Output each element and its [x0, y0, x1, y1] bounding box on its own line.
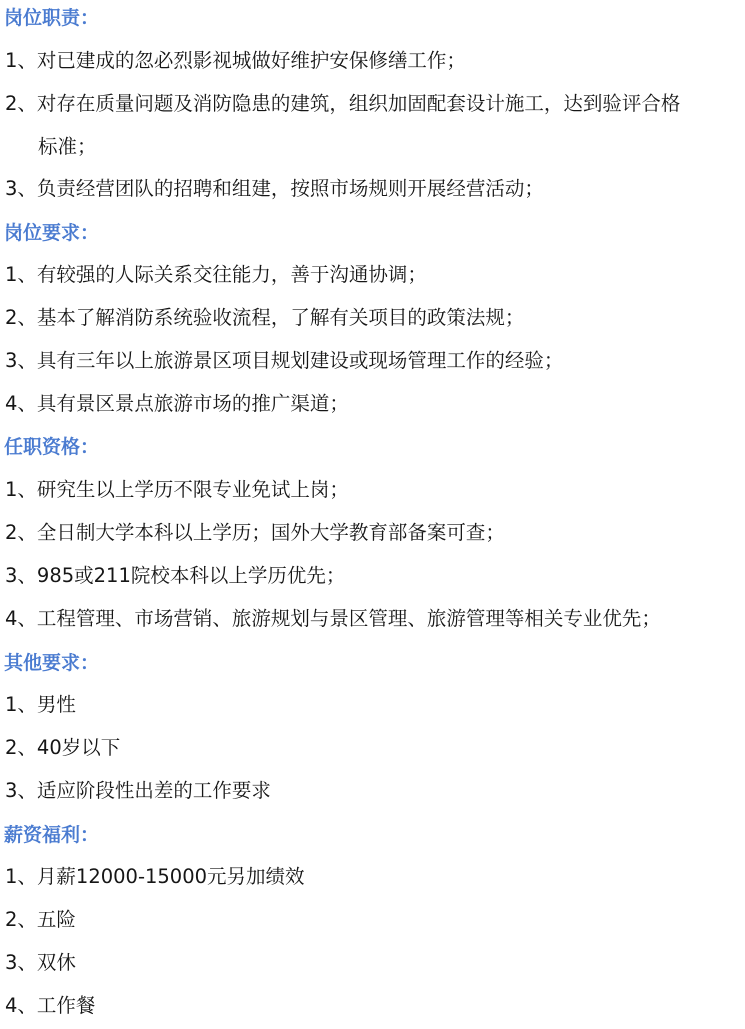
other-item-2: 2、40岁以下 [5, 736, 120, 760]
section-heading-qualifications: 任职资格： [4, 435, 99, 459]
duty-item-1: 1、对已建成的忽必烈影视城做好维护安保修缮工作； [5, 49, 466, 73]
qualification-item-3: 3、985或211院校本科以上学历优先； [5, 564, 345, 588]
benefit-item-1: 1、月薪12000-15000元另加绩效 [5, 865, 305, 889]
qualification-item-1: 1、研究生以上学历不限专业免试上岗； [5, 478, 349, 502]
benefit-item-3: 3、双休 [5, 951, 76, 975]
duty-item-2-continued: 标准； [38, 135, 97, 159]
other-item-1: 1、男性 [5, 693, 76, 717]
requirement-item-2: 2、基本了解消防系统验收流程，了解有关项目的政策法规； [5, 306, 524, 330]
section-heading-other: 其他要求： [4, 651, 99, 675]
duty-item-3: 3、负责经营团队的招聘和组建，按照市场规则开展经营活动； [5, 177, 544, 201]
section-heading-duties: 岗位职责： [4, 6, 99, 30]
requirement-item-1: 1、有较强的人际关系交往能力，善于沟通协调； [5, 263, 427, 287]
requirement-item-4: 4、具有景区景点旅游市场的推广渠道； [5, 392, 349, 416]
section-heading-benefits: 薪资福利： [4, 823, 99, 847]
qualification-item-2: 2、全日制大学本科以上学历；国外大学教育部备案可查； [5, 521, 505, 545]
qualification-item-4: 4、工程管理、市场营销、旅游规划与景区管理、旅游管理等相关专业优先； [5, 607, 661, 631]
duty-item-2: 2、对存在质量问题及消防隐患的建筑，组织加固配套设计施工，达到验评合格 [5, 92, 680, 116]
benefit-item-4: 4、工作餐 [5, 994, 95, 1018]
section-heading-requirements: 岗位要求： [4, 221, 99, 245]
requirement-item-3: 3、具有三年以上旅游景区项目规划建设或现场管理工作的经验； [5, 349, 563, 373]
other-item-3: 3、适应阶段性出差的工作要求 [5, 779, 271, 803]
benefit-item-2: 2、五险 [5, 908, 76, 932]
